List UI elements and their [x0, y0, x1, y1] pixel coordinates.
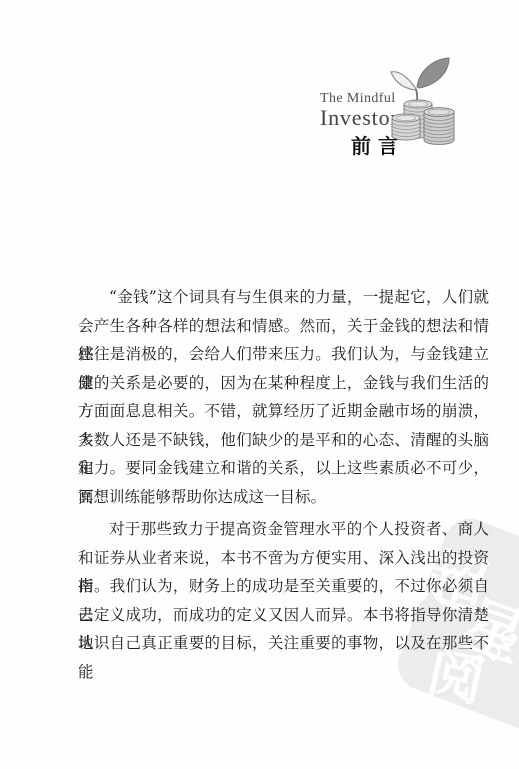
text-line: 方面面息息相关。不错，就算经历了近期金融市场的崩溃，大 [78, 397, 489, 426]
text-line: 去定义成功，而成功的定义又因人而异。本书将指导你清楚地 [78, 601, 489, 630]
text-line: 认识自己真正重要的目标，关注重要的事物，以及在那些不能 [78, 629, 489, 658]
text-line: 会产生各种各样的想法和情感。然而，关于金钱的想法和情感 [78, 312, 489, 341]
text-line: 南。我们认为，财务上的成功是至关重要的，不过你必须自己 [78, 572, 489, 601]
text-line: 和证券从业者来说，本书不啻为方便实用、深入浅出的投资指 [78, 544, 489, 573]
text-line: 往往是消极的，会给人们带来压力。我们认为，与金钱建立健 [78, 340, 489, 369]
text-line: 康的关系是必要的，因为在某种程度上，金钱与我们生活的方 [78, 369, 489, 398]
text-line: “金钱”这个词具有与生俱来的力量，一提起它，人们就 [78, 283, 489, 312]
body-text: “金钱”这个词具有与生俱来的力量，一提起它，人们就 会产生各种各样的想法和情感。… [78, 283, 489, 658]
book-page: 超 星 阅 PDG The Mindful Investor 前言 [0, 0, 519, 769]
text-line: 定力。要同金钱建立和谐的关系，以上这些素质必不可少，而 [78, 454, 489, 483]
text-line: 冥想训练能够帮助你达成这一目标。 [78, 483, 489, 512]
text-line: 多数人还是不缺钱，他们缺少的是平和的心态、清醒的头脑和 [78, 426, 489, 455]
coin-stack-leaves-icon [386, 56, 468, 148]
text-line: 对于那些致力于提高资金管理水平的个人投资者、商人 [78, 515, 489, 544]
